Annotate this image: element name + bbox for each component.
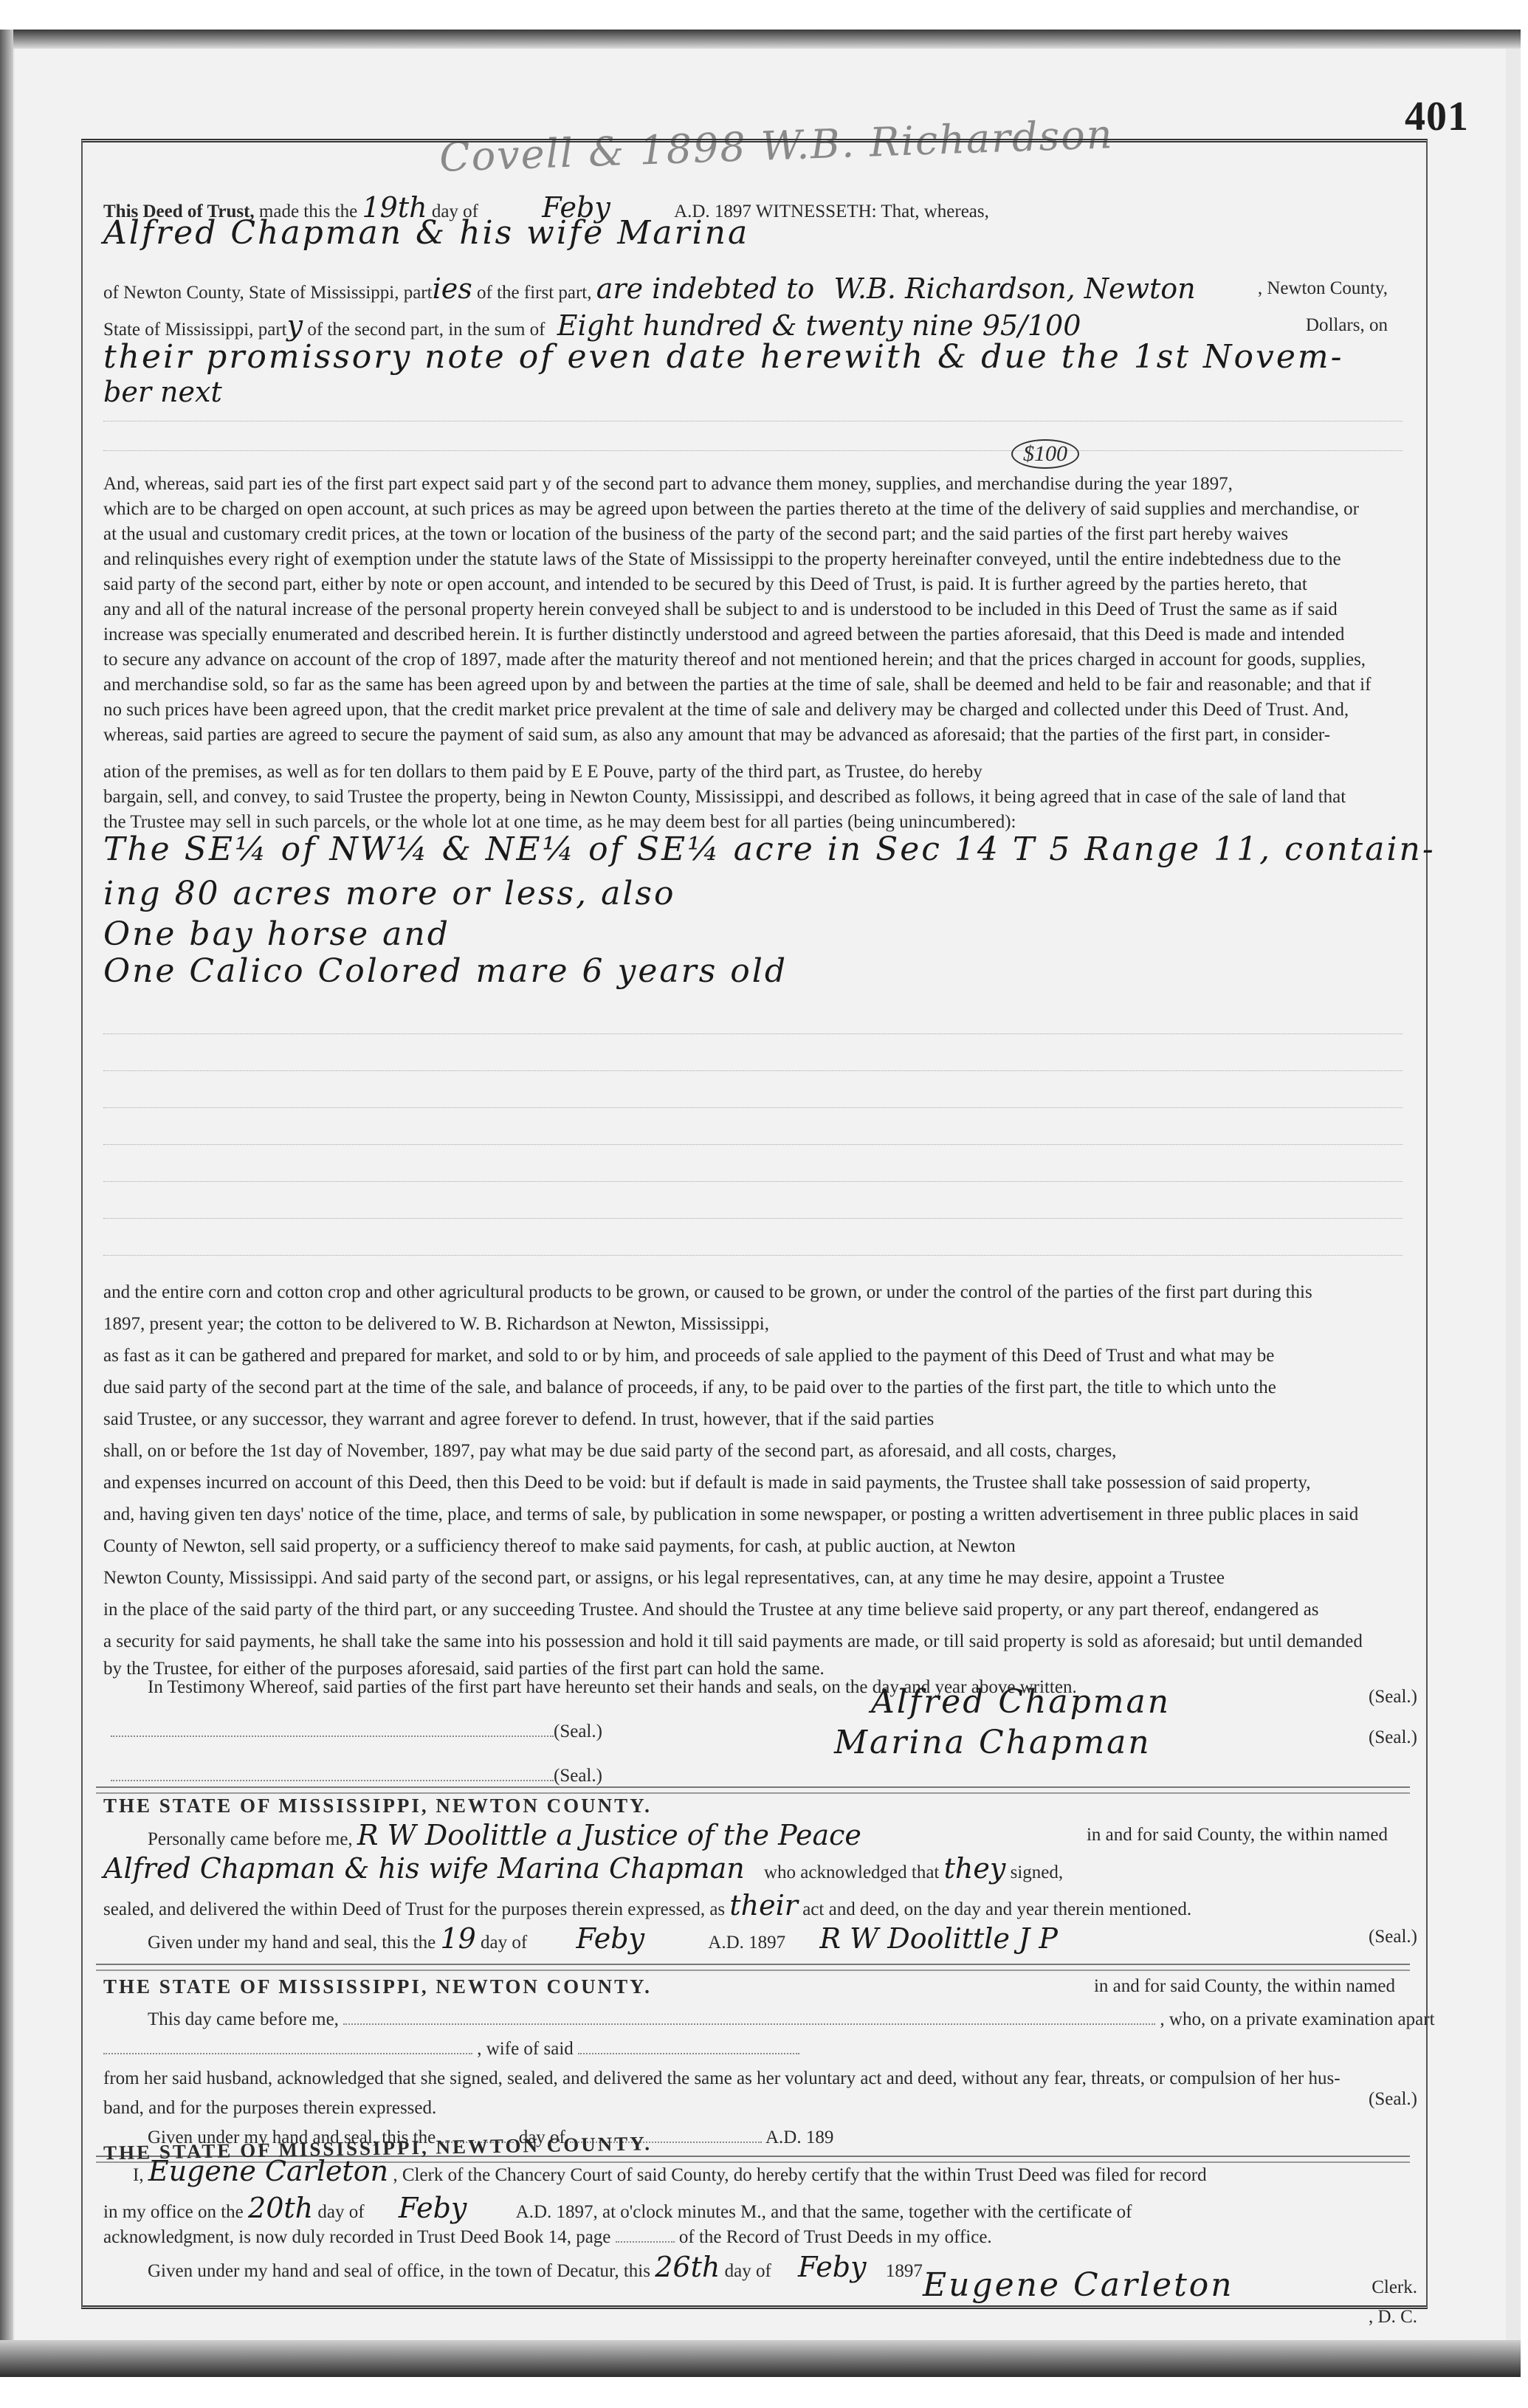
label: day of: [317, 2202, 364, 2222]
grantors: Alfred Chapman & his wife Marina: [103, 221, 1403, 245]
clerk-line-3: acknowledgment, is now duly recorded in …: [103, 2226, 1403, 2249]
given-year: 1897: [886, 2261, 923, 2281]
indebted-label: are indebted to: [596, 272, 814, 305]
property-line: One bay horse and: [103, 923, 1403, 946]
ruled-line: [103, 1033, 1403, 1034]
label: day of: [481, 1933, 527, 1953]
ack1-given-line: Given under my hand and seal, this the 1…: [103, 1927, 1403, 1955]
whereas-line: no such prices have been agreed upon, th…: [103, 698, 1403, 722]
ruled-line: [103, 1107, 1403, 1108]
circled-amount: $100: [1011, 439, 1079, 469]
seal-label: (Seal.): [554, 1721, 602, 1741]
section-divider: [96, 1786, 1410, 1794]
ack1-day: 19: [440, 1922, 475, 1955]
whereas-line: to secure any advance on account of the …: [103, 648, 1403, 672]
ack1-month: Feby: [576, 1922, 644, 1955]
blank-signature-line: [111, 1780, 554, 1781]
crop-clause-line: 1897, present year; the cotton to be del…: [103, 1313, 1403, 1336]
label: o'clock: [620, 2202, 672, 2222]
ack2-line-3: from her said husband, acknowledged that…: [103, 2067, 1403, 2091]
advance-amount-note: $100: [1011, 439, 1159, 469]
whereas-line: ation of the premises, as well as for te…: [103, 760, 1403, 784]
creditor-name: W.B. Richardson, Newton: [833, 272, 1195, 305]
blank-field: [103, 2053, 472, 2054]
whereas-line: And, whereas, said part ies of the first…: [103, 472, 1403, 496]
filed-day: 20th: [248, 2192, 313, 2224]
ack2-line-2: , wife of said: [103, 2037, 1403, 2061]
label: in and for said County, the within named: [1087, 1823, 1388, 1847]
clerk-signature: Eugene Carleton: [923, 2274, 1292, 2297]
ruled-line: [103, 450, 1403, 451]
crop-clause-line: a security for said payments, he shall t…: [103, 1630, 1403, 1654]
book-bottom-shadow: [0, 2340, 1521, 2377]
note-description-1: their promissory note of even date herew…: [103, 345, 1403, 369]
blank-signature-line: [111, 1736, 554, 1737]
debt-sum: Eight hundred & twenty nine 95/100: [557, 309, 1081, 342]
seal-label: (Seal.): [1369, 1727, 1417, 1748]
crop-clause-line: and, having given ten days' notice of th…: [103, 1503, 1403, 1527]
clerk-line-2: in my office on the 20th day of Feby A.D…: [103, 2196, 1403, 2224]
blank-seal-line: (Seal.): [111, 1764, 591, 1788]
deputy-clerk-label: , D. C.: [1369, 2307, 1417, 2328]
label: , wife of said: [477, 2039, 574, 2059]
ruled-line: [103, 421, 1403, 422]
label: This day came before me,: [148, 2009, 339, 2029]
crop-clause-line: as fast as it can be gathered and prepar…: [103, 1344, 1403, 1368]
seal-label: (Seal.): [1369, 1687, 1417, 1707]
label: , Clerk of the Chancery Court of said Co…: [393, 2165, 1206, 2185]
seal-label: (Seal.): [1369, 1927, 1417, 1947]
ruled-line: [103, 1070, 1403, 1071]
ack2-in-and-for: in and for said County, the within named: [103, 1975, 1395, 1998]
page-left-edge: [0, 30, 13, 2362]
label: of Newton County, State of Mississippi, …: [103, 283, 433, 303]
ack1-year: A.D. 1897: [708, 1933, 785, 1953]
signature-alfred: Alfred Chapman: [871, 1690, 1284, 1714]
whereas-line: whereas, said parties are agreed to secu…: [103, 723, 1403, 747]
crop-clause-line: said Trustee, or any successor, they war…: [103, 1408, 1403, 1431]
party-suffix: y: [287, 309, 303, 342]
given-month: Feby: [798, 2251, 867, 2283]
ack1-heading: THE STATE OF MISSISSIPPI, NEWTON COUNTY.: [103, 1794, 1403, 1817]
book-binding-shadow: [0, 30, 1521, 49]
section-divider: [96, 1964, 1410, 1971]
label: Dollars, on: [1306, 314, 1388, 337]
clerk-label: Clerk.: [1372, 2277, 1417, 2298]
page-number: 401: [1405, 93, 1469, 140]
whereas-line: bargain, sell, and convey, to said Trust…: [103, 785, 1403, 809]
label: I,: [133, 2165, 144, 2185]
label: who acknowledged that: [764, 1862, 939, 1882]
given-day: 26th: [655, 2251, 720, 2283]
crop-clause-line: due said party of the second part at the…: [103, 1376, 1403, 1400]
label: M., and that the same, together with the…: [740, 2202, 1132, 2222]
ruled-line: [103, 1255, 1403, 1256]
signature-marina: Marina Chapman: [834, 1731, 1277, 1755]
seal-label: (Seal.): [554, 1766, 602, 1786]
property-line: ing 80 acres more or less, also: [103, 882, 1403, 906]
filed-year: A.D. 1897, at: [516, 2202, 616, 2222]
ack2-line-4: band, and for the purposes therein expre…: [103, 2096, 1403, 2120]
label: minutes: [678, 2202, 736, 2222]
ruled-line: [103, 1144, 1403, 1145]
filed-month: Feby: [399, 2192, 467, 2224]
their: their: [729, 1889, 798, 1922]
label: signed,: [1011, 1862, 1064, 1882]
label: in my office on the: [103, 2202, 244, 2222]
crop-clause-line: in the place of the said party of the th…: [103, 1598, 1403, 1622]
ruled-line: [103, 1181, 1403, 1182]
party-suffix: ies: [433, 272, 472, 305]
ack2-line-1: This day came before me, , who, on a pri…: [103, 2008, 1403, 2032]
whereas-line: said party of the second part, either by…: [103, 573, 1403, 596]
property-line: The SE¼ of NW¼ & NE¼ of SE¼ acre in Sec …: [103, 838, 1403, 861]
label: , who, on a private examination apart: [1160, 2009, 1434, 2029]
crop-clause-line: and expenses incurred on account of this…: [103, 1471, 1403, 1495]
note-description-2: ber next: [103, 380, 1403, 404]
label: acknowledgment, is now duly recorded in …: [103, 2227, 610, 2247]
blank-field: [343, 2023, 1155, 2025]
whereas-line: which are to be charged on open account,…: [103, 498, 1403, 521]
crop-clause-line: and the entire corn and cotton crop and …: [103, 1281, 1403, 1304]
ack1-line-1: Personally came before me, R W Doolittle…: [103, 1823, 1403, 1851]
officer-name: R W Doolittle a Justice of the Peace: [357, 1819, 861, 1851]
label: Given under my hand and seal, this the: [148, 1933, 436, 1953]
named-grantors: Alfred Chapman & his wife Marina Chapman: [103, 1852, 745, 1885]
whereas-line: and relinquishes every right of exemptio…: [103, 548, 1403, 571]
label: of the first part,: [477, 283, 592, 303]
label: WITNESSETH: That, whereas,: [756, 202, 989, 221]
label: , Newton County,: [1258, 277, 1388, 300]
label: day of: [725, 2261, 771, 2281]
seal-label: (Seal.): [1369, 2089, 1417, 2110]
blank-field: [578, 2053, 799, 2054]
whereas-line: any and all of the natural increase of t…: [103, 598, 1403, 622]
ack1-line-2: Alfred Chapman & his wife Marina Chapman…: [103, 1857, 1403, 1885]
label: Given under my hand and seal of office, …: [148, 2261, 650, 2281]
whereas-line: at the usual and customary credit prices…: [103, 523, 1403, 546]
label: State of Mississippi, part: [103, 320, 287, 340]
label: of the second part, in the sum of: [307, 320, 545, 340]
clerk-line-1: I, Eugene Carleton , Clerk of the Chance…: [103, 2159, 1403, 2187]
whereas-line: increase was specially enumerated and de…: [103, 623, 1403, 647]
blank-field: [616, 2241, 675, 2243]
crop-clause-line: Newton County, Mississippi. And said par…: [103, 1566, 1403, 1590]
whereas-line: and merchandise sold, so far as the same…: [103, 673, 1403, 697]
officer-signature: R W Doolittle J P: [819, 1922, 1058, 1955]
crop-clause-line: County of Newton, sell said property, or…: [103, 1535, 1403, 1558]
indebted-line: of Newton County, State of Mississippi, …: [103, 277, 1403, 305]
label: act and deed, on the day and year therei…: [802, 1899, 1191, 1919]
label: sealed, and delivered the within Deed of…: [103, 1899, 725, 1919]
blank-seal-line: (Seal.): [111, 1720, 591, 1744]
ruled-line: [103, 1218, 1403, 1219]
property-line: One Calico Colored mare 6 years old: [103, 960, 1403, 983]
ack1-line-3: sealed, and delivered the within Deed of…: [103, 1893, 1403, 1922]
label: Personally came before me,: [148, 1829, 353, 1849]
label: of the Record of Trust Deeds in my offic…: [679, 2227, 992, 2247]
they: they: [944, 1852, 1006, 1885]
clerk-name: Eugene Carleton: [148, 2155, 388, 2187]
crop-clause-line: shall, on or before the 1st day of Novem…: [103, 1439, 1403, 1463]
